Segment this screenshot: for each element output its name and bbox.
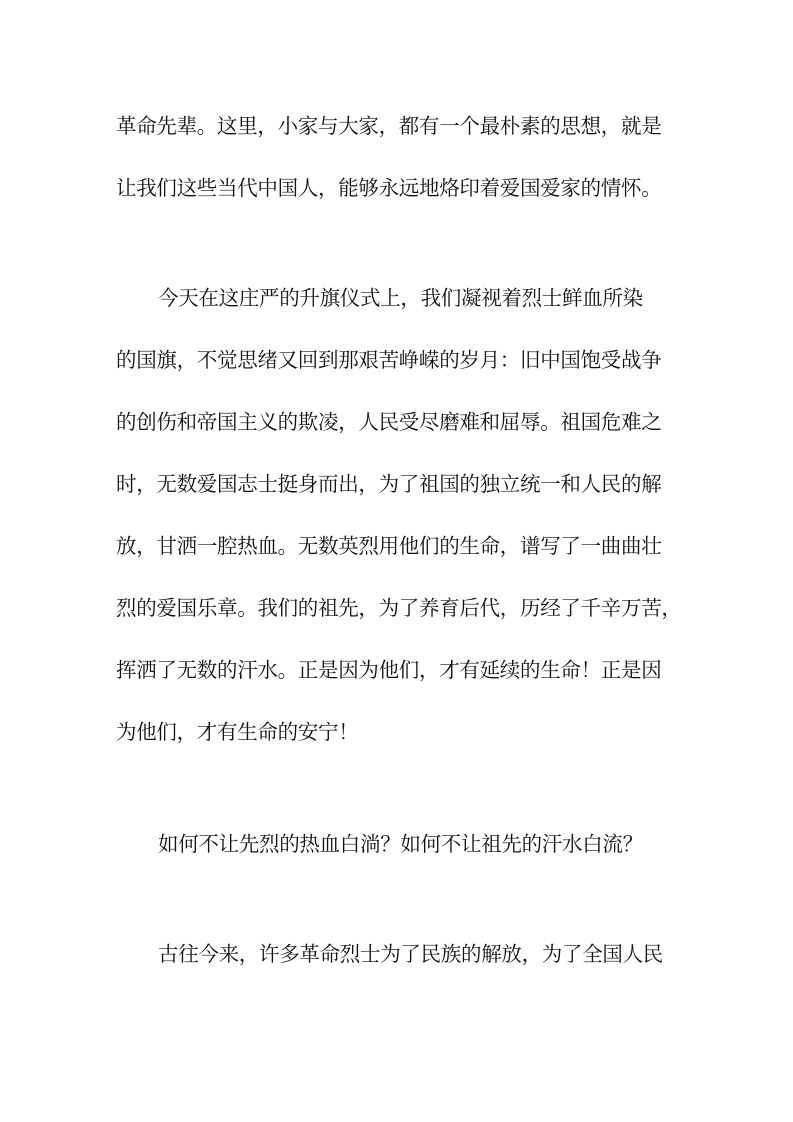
text-line: 古往今来，许多革命烈士为了民族的解放，为了全国人民 <box>158 939 728 969</box>
text-line: 挥洒了无数的汗水。正是因为他们，才有延续的生命！正是因 <box>116 655 686 685</box>
text-line: 时，无数爱国志士挺身而出，为了祖国的独立统一和人民的解 <box>116 469 686 499</box>
text-line: 的创伤和帝国主义的欺凌，人民受尽磨难和屈辱。祖国危难之 <box>116 407 686 437</box>
text-line: 的国旗，不觉思绪又回到那艰苦峥嵘的岁月：旧中国饱受战争 <box>116 345 686 375</box>
text-line: 烈的爱国乐章。我们的祖先，为了养育后代，历经了千辛万苦， <box>116 593 686 623</box>
text-line: 今天在这庄严的升旗仪式上，我们凝视着烈士鲜血所染 <box>158 283 728 313</box>
text-line: 如何不让先烈的热血白淌？如何不让祖先的汗水白流？ <box>158 829 728 859</box>
text-line: 放，甘洒一腔热血。无数英烈用他们的生命，谱写了一曲曲壮 <box>116 531 686 561</box>
document-page: 革命先辈。这里，小家与大家，都有一个最朴素的思想，就是 让我们这些当代中国人，能… <box>0 0 793 1122</box>
text-line: 为他们，才有生命的安宁！ <box>116 717 686 747</box>
text-line: 让我们这些当代中国人，能够永远地烙印着爱国爱家的情怀。 <box>116 173 686 203</box>
text-line: 革命先辈。这里，小家与大家，都有一个最朴素的思想，就是 <box>116 111 686 141</box>
